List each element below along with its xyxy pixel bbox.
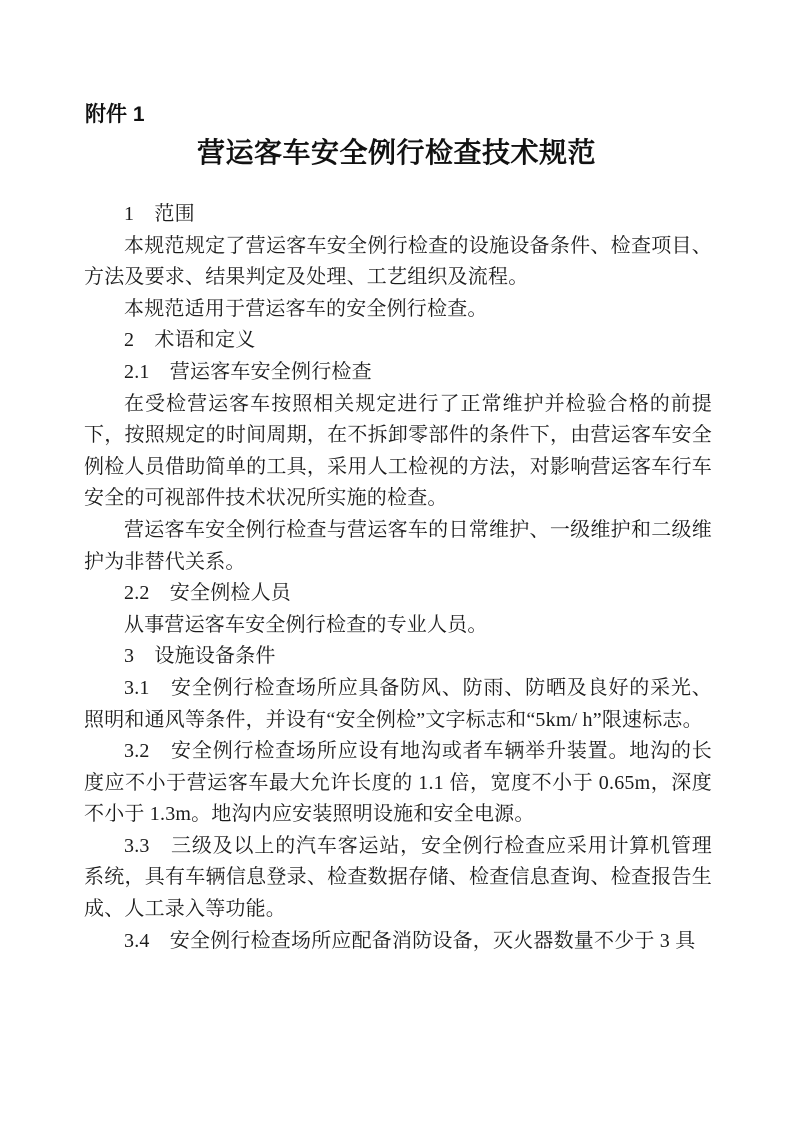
section-heading: 2.2 安全例检人员 — [84, 578, 712, 610]
section-heading: 2 术语和定义 — [84, 325, 712, 357]
section-heading: 1 范围 — [84, 199, 712, 231]
document-page: 附件 1 营运客车安全例行检查技术规范 1 范围 本规范规定了营运客车安全例行检… — [0, 0, 793, 1122]
paragraph: 3.4 安全例行检查场所应配备消防设备，灭火器数量不少于 3 具 — [84, 926, 712, 958]
paragraph: 营运客车安全例行检查与营运客车的日常维护、一级维护和二级维护为非替代关系。 — [84, 515, 712, 578]
paragraph: 在受检营运客车按照相关规定进行了正常维护并检验合格的前提下，按照规定的时间周期，… — [84, 389, 712, 515]
paragraph: 本规范规定了营运客车安全例行检查的设施设备条件、检查项目、方法及要求、结果判定及… — [84, 231, 712, 294]
paragraph: 本规范适用于营运客车的安全例行检查。 — [84, 294, 712, 326]
document-title: 营运客车安全例行检查技术规范 — [0, 134, 793, 172]
paragraph: 3.1 安全例行检查场所应具备防风、防雨、防晒及良好的采光、照明和通风等条件，并… — [84, 673, 712, 736]
paragraph: 从事营运客车安全例行检查的专业人员。 — [84, 610, 712, 642]
paragraph: 3.2 安全例行检查场所应设有地沟或者车辆举升装置。地沟的长度应不小于营运客车最… — [84, 736, 712, 831]
paragraph: 3.3 三级及以上的汽车客运站，安全例行检查应采用计算机管理系统，具有车辆信息登… — [84, 831, 712, 926]
section-heading: 3 设施设备条件 — [84, 641, 712, 673]
attachment-label: 附件 1 — [85, 103, 145, 127]
section-heading: 2.1 营运客车安全例行检查 — [84, 357, 712, 389]
document-body: 1 范围 本规范规定了营运客车安全例行检查的设施设备条件、检查项目、方法及要求、… — [84, 199, 712, 957]
